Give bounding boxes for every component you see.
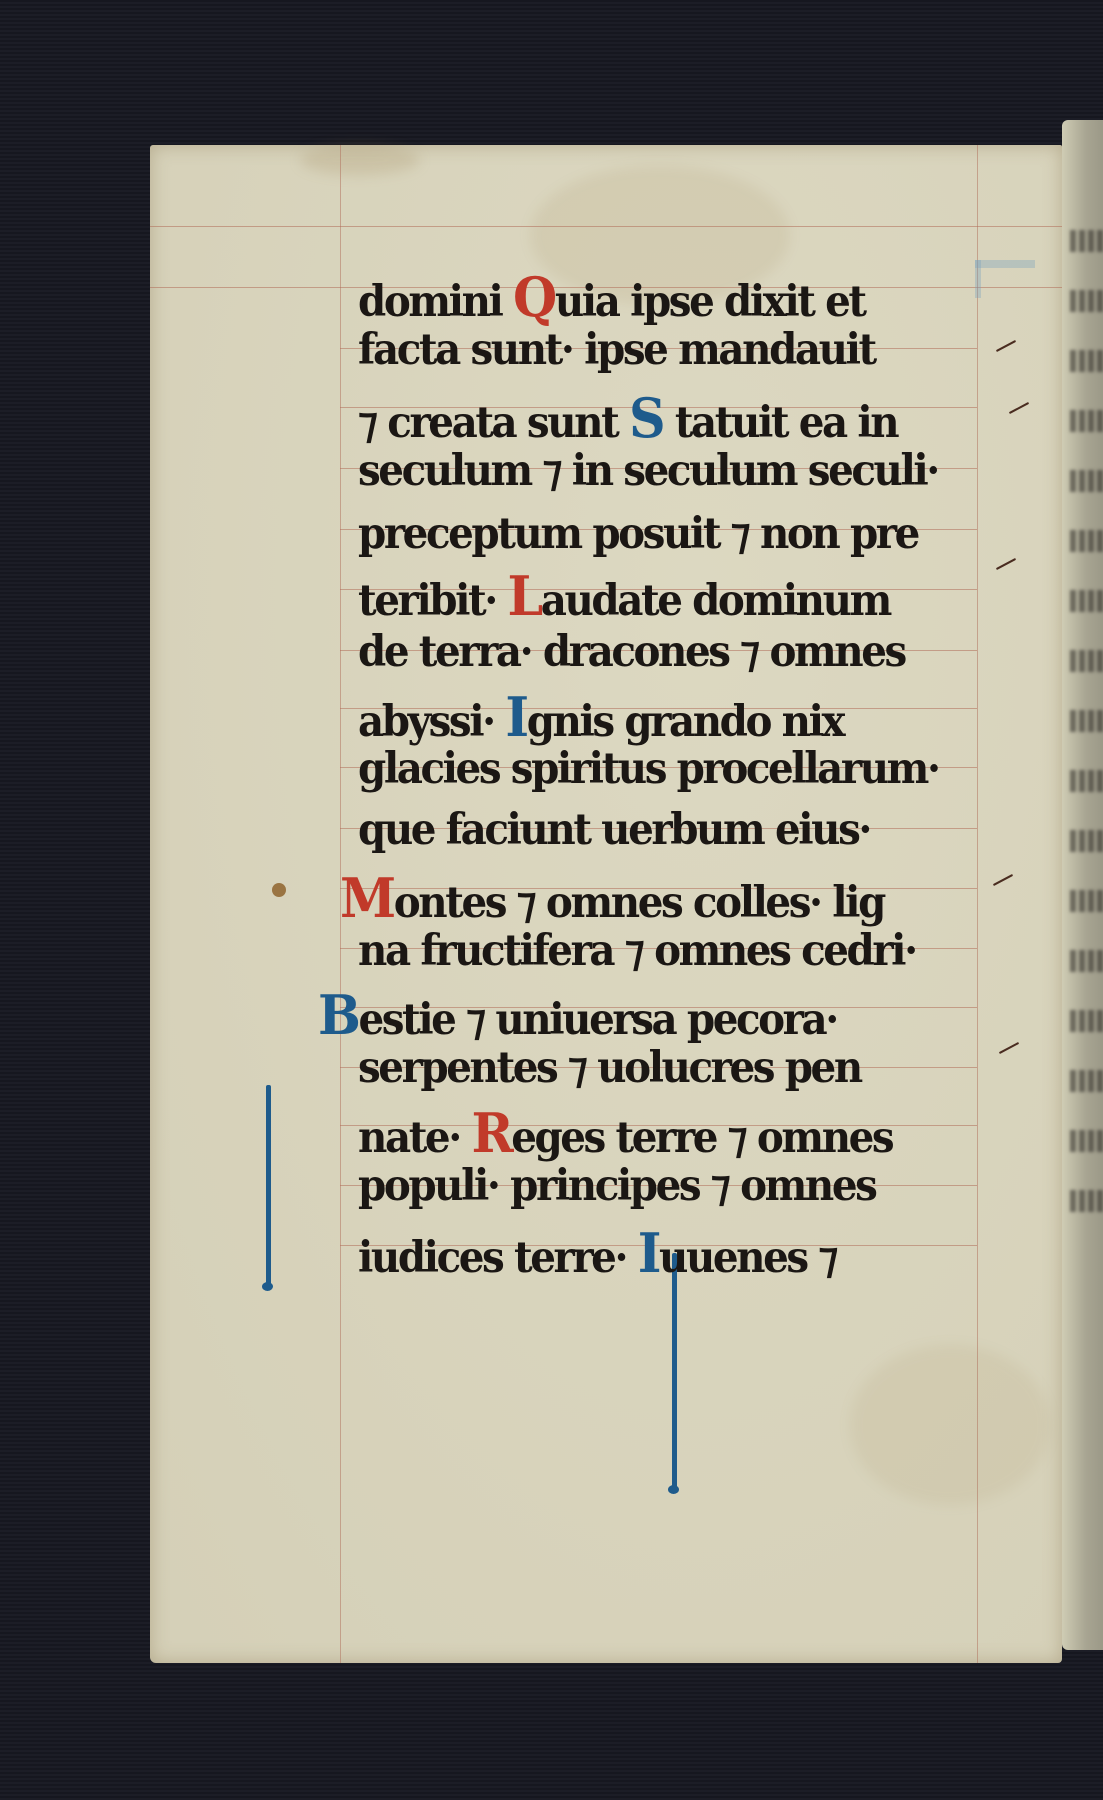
text-line: iudices terre· Iuuenes ⁊ — [358, 1221, 836, 1281]
blue-initial-i-2: I — [638, 1221, 659, 1285]
text-line: domini Quia ipse dixit et — [358, 265, 865, 325]
text-line: Bestie ⁊ uniuersa pecora· — [318, 983, 837, 1043]
text-line: seculum ⁊ in seculum seculi· — [358, 446, 938, 506]
text-line: preceptum posuit ⁊ non pre — [358, 509, 918, 569]
blue-initial-b: B — [318, 983, 358, 1047]
ruling-right — [977, 145, 978, 1663]
text-line: facta sunt· ipse mandauit — [358, 325, 875, 385]
stain-spot — [272, 883, 286, 897]
text-line: que faciunt uerbum eius· — [358, 805, 870, 865]
text-line: nate· Reges terre ⁊ omnes — [358, 1101, 892, 1161]
text-line: abyssi· Ignis grando nix — [358, 685, 843, 745]
blue-offset-mark — [975, 260, 1035, 268]
text-line: glacies spiritus procellarum· — [358, 744, 939, 804]
blue-initial-s: S — [629, 386, 663, 450]
manuscript-page: domini Quia ipse dixit et facta sunt· ip… — [150, 145, 1062, 1663]
text-line: populi· principes ⁊ omnes — [358, 1161, 875, 1221]
adjacent-page-edge — [1062, 120, 1103, 1650]
text-line: ⁊ creata sunt S tatuit ea in — [358, 386, 897, 446]
text-line: serpentes ⁊ uolucres pen — [358, 1043, 861, 1103]
red-initial-q: Q — [513, 265, 555, 329]
text-line: Montes ⁊ omnes colles· lig — [340, 866, 884, 926]
blue-initial-i: I — [505, 685, 526, 749]
initial-b-tail — [266, 1085, 271, 1285]
red-initial-l: L — [507, 564, 540, 628]
text-line: na fructifera ⁊ omnes cedri· — [358, 926, 916, 986]
red-initial-r: R — [471, 1101, 511, 1165]
text-line: de terra· dracones ⁊ omnes — [358, 627, 905, 687]
initial-i-tail — [672, 1253, 677, 1488]
red-initial-m: M — [340, 866, 394, 930]
text-line: teribit· Laudate dominum — [358, 564, 890, 624]
